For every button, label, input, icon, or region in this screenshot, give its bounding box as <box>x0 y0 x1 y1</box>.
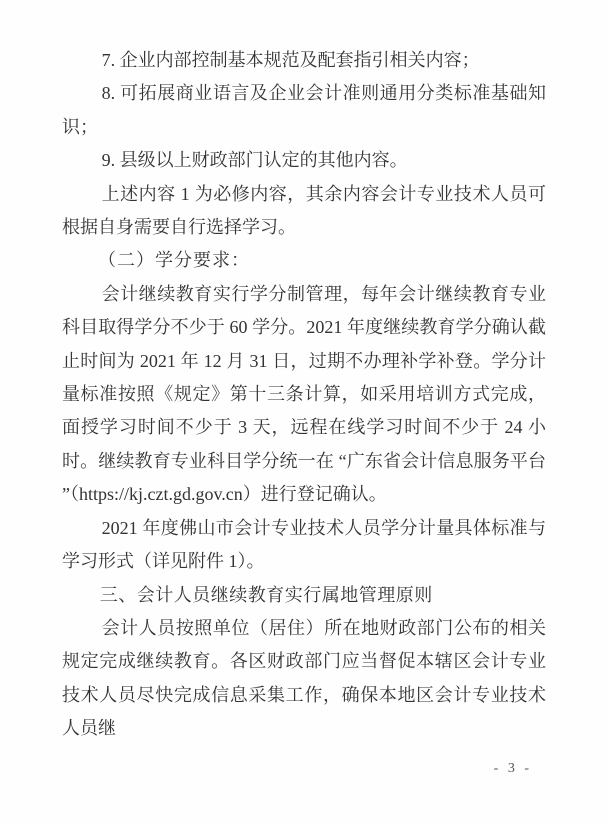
list-item-9: 9. 县级以上财政部门认定的其他内容。 <box>62 144 546 177</box>
heading-credit-requirements: （二）学分要求： <box>62 244 546 277</box>
list-item-8: 8. 可拓展商业语言及企业会计准则通用分类标准基础知识； <box>62 77 546 144</box>
document-page: 7. 企业内部控制基本规范及配套指引相关内容； 8. 可拓展商业语言及企业会计准… <box>0 0 609 825</box>
page-number: - 3 - <box>494 760 532 778</box>
paragraph-territorial-details: 会计人员按照单位（居住）所在地财政部门公布的相关规定完成继续教育。各区财政部门应… <box>62 612 546 746</box>
document-body: 7. 企业内部控制基本规范及配套指引相关内容； 8. 可拓展商业语言及企业会计准… <box>62 44 546 746</box>
paragraph-credit-details: 会计继续教育实行学分制管理，每年会计继续教育专业科目取得学分不少于 60 学分。… <box>62 278 546 512</box>
paragraph-elective-note: 上述内容 1 为必修内容，其余内容会计专业技术人员可根据自身需要自行选择学习。 <box>62 178 546 245</box>
heading-territorial-management: 三、会计人员继续教育实行属地管理原则 <box>62 579 546 612</box>
list-item-7: 7. 企业内部控制基本规范及配套指引相关内容； <box>62 44 546 77</box>
paragraph-foshan-standard: 2021 年度佛山市会计专业技术人员学分计量具体标准与学习形式（详见附件 1）。 <box>62 512 546 579</box>
